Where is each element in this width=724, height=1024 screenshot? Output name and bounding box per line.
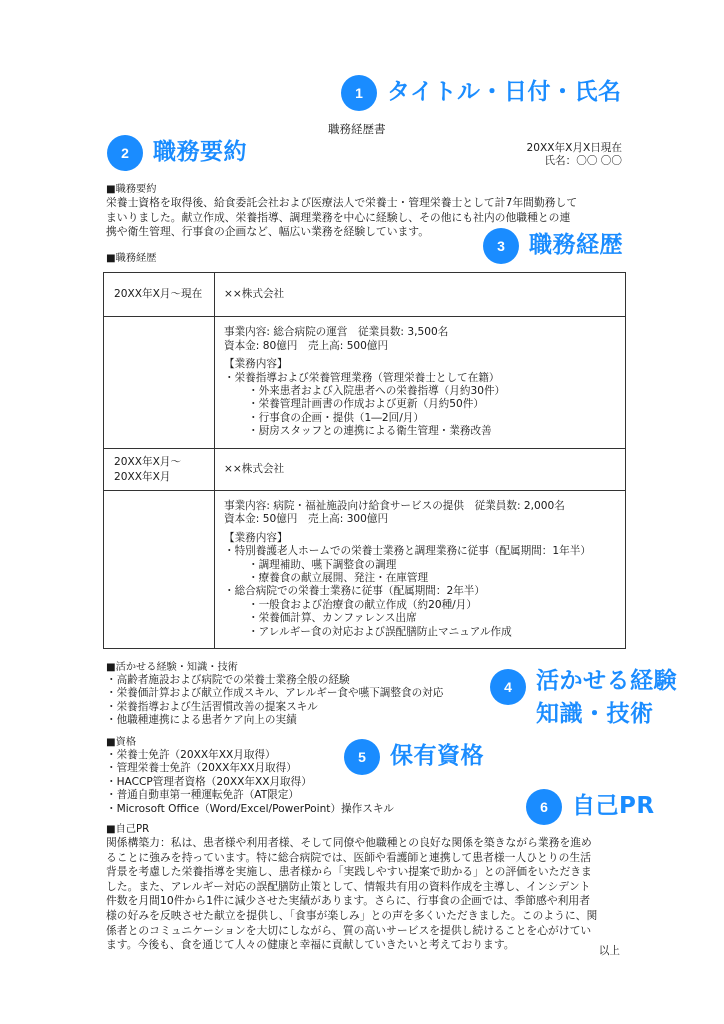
duties-heading: 【業務内容】: [224, 358, 625, 371]
closing-text: 以上: [599, 945, 620, 958]
number-badge-2: 2: [107, 135, 143, 171]
annotation-label-line2: 知識・技術: [536, 701, 677, 729]
company-cell: ××株式会社: [215, 273, 625, 316]
self-pr-line: した。また、アレルギー対応の誤配膳防止策として、情報共有用の資料作成を主導し、イ…: [106, 880, 597, 895]
duty-item: ・栄養指導および栄養管理業務（管理栄養士として在籍）: [224, 372, 625, 385]
capital-info: 資本金: 80億円 売上高: 500億円: [224, 340, 625, 353]
qualifications-section: ■資格 ・栄養士免許（20XX年XX月取得） ・管理栄養士免許（20XX年XX月…: [106, 736, 394, 816]
self-pr-line: 様の好みを反映させた献立を提供し、「食事が楽しみ」との声を多くいただきました。こ…: [106, 909, 597, 924]
qualification-item: ・栄養士免許（20XX年XX月取得）: [106, 749, 394, 762]
annotation-label: 自己PR: [572, 793, 655, 821]
annotation-label: タイトル・日付・氏名: [387, 79, 622, 107]
period-start: 20XX年X月〜: [114, 455, 181, 470]
job-summary-line: まいりました。献立作成、栄養指導、調理業務を中心に経験し、その他にも社内の他職種…: [106, 211, 577, 226]
duty-subitem: ・調理補助、嚥下調整食の調理: [224, 559, 625, 572]
annotation-1-title-date-name: 1 タイトル・日付・氏名: [341, 75, 622, 111]
self-pr-line: 関係構築力：私は、患者様や利用者様、そして同僚や他職種との良好な関係を築きながら…: [106, 836, 597, 851]
self-pr-line: ます。今後も、食を通じて人々の健康と幸福に貢献していきたいと考えております。: [106, 938, 597, 953]
duty-subitem: ・一般食および治療食の献立作成（約20種/月）: [224, 599, 625, 612]
document-title: 職務経歴書: [328, 121, 386, 137]
company-cell: ××株式会社: [215, 449, 625, 490]
number-badge-6: 6: [526, 789, 562, 825]
duty-item: ・特別養護老人ホームでの栄養士業務と調理業務に従事（配属期間：1年半）: [224, 545, 625, 558]
self-pr-section: ■自己PR 関係構築力：私は、患者様や利用者様、そして同僚や他職種との良好な関係…: [106, 823, 597, 953]
empty-cell: [104, 491, 215, 648]
self-pr-line: 背景を考慮した栄養指導を実施し、患者様から「実践しやすい提案で助かる」との評価を…: [106, 865, 597, 880]
qualifications-heading: ■資格: [106, 736, 394, 749]
table-row-company-2: 20XX年X月〜 20XX年X月 ××株式会社: [104, 448, 625, 490]
company-name: ××株式会社: [224, 288, 625, 301]
job-history-table: 20XX年X月〜現在 ××株式会社 事業内容: 総合病院の運営 従業員数: 3,…: [103, 272, 626, 649]
company-name: ××株式会社: [224, 463, 625, 476]
annotation-6-self-pr: 6 自己PR: [526, 789, 655, 825]
duty-subitem: ・栄養管理計画書の作成および更新（月約50件）: [224, 398, 625, 411]
annotation-2-job-summary: 2 職務要約: [107, 135, 247, 171]
qualification-item: ・普通自動車第一種運転免許（AT限定）: [106, 789, 394, 802]
self-pr-line: 件数を月間10件から1件に減少させた実績があります。さらに、行事食の企画では、季…: [106, 894, 597, 909]
job-summary-heading: ■職務要約: [106, 183, 577, 196]
job-history-heading: ■職務経歴: [106, 252, 156, 265]
job-summary-line: 栄養士資格を取得後、給食委託会社および医療法人で栄養士・管理栄養士として計7年間…: [106, 196, 577, 211]
document-date: 20XX年X月X日現在: [527, 142, 622, 155]
table-row-details-2: 事業内容: 病院・福祉施設向け給食サービスの提供 従業員数: 2,000名 資本…: [104, 490, 625, 648]
duty-item: ・総合病院での栄養士業務に従事（配属期間：2年半）: [224, 585, 625, 598]
qualification-item: ・Microsoft Office（Word/Excel/PowerPoint）…: [106, 803, 394, 816]
duty-subitem: ・アレルギー食の対応および誤配膳防止マニュアル作成: [224, 626, 625, 639]
annotation-4-skills: 4 活かせる経験 知識・技術: [490, 668, 677, 728]
business-info: 事業内容: 病院・福祉施設向け給食サービスの提供 従業員数: 2,000名: [224, 500, 625, 513]
self-pr-line: 係者とのコミュニケーションを大切にしながら、質の高いサービスを提供し続けることを…: [106, 924, 597, 939]
annotation-label: 職務要約: [153, 139, 247, 167]
annotation-label: 保有資格: [390, 743, 484, 771]
job-summary-section: ■職務要約 栄養士資格を取得後、給食委託会社および医療法人で栄養士・管理栄養士と…: [106, 183, 577, 240]
qualification-item: ・管理栄養士免許（20XX年XX月取得）: [106, 762, 394, 775]
skill-item: ・栄養価計算および献立作成スキル、アレルギー食や嚥下調整食の対応: [106, 687, 443, 700]
skill-item: ・栄養指導および生活習慣改善の提案スキル: [106, 701, 443, 714]
duty-subitem: ・療養食の献立展開、発注・在庫管理: [224, 572, 625, 585]
number-badge-4: 4: [490, 669, 526, 705]
skills-section: ■活かせる経験・知識・技術 ・高齢者施設および病院での栄養士業務全般の経験 ・栄…: [106, 661, 443, 728]
self-pr-line: ることに強みを持っています。特に総合病院では、医師や看護師と連携して患者様一人ひ…: [106, 851, 597, 866]
skill-item: ・高齢者施設および病院での栄養士業務全般の経験: [106, 674, 443, 687]
period-cell: 20XX年X月〜 20XX年X月: [104, 449, 215, 490]
skill-item: ・他職種連携による患者ケア向上の実績: [106, 714, 443, 727]
duty-subitem: ・厨房スタッフとの連携による衛生管理・業務改善: [224, 425, 625, 438]
job-summary-line: 携や衛生管理、行事食の企画など、幅広い業務を経験しています。: [106, 225, 577, 240]
skills-heading: ■活かせる経験・知識・技術: [106, 661, 443, 674]
number-badge-1: 1: [341, 75, 377, 111]
table-row-company-1: 20XX年X月〜現在 ××株式会社: [104, 273, 625, 316]
period-cell: 20XX年X月〜現在: [104, 273, 215, 316]
details-cell: 事業内容: 総合病院の運営 従業員数: 3,500名 資本金: 80億円 売上高…: [215, 317, 625, 448]
annotation-label-line1: 活かせる経験: [536, 668, 677, 696]
empty-cell: [104, 317, 215, 448]
duty-subitem: ・外来患者および入院患者への栄養指導（月約30件）: [224, 385, 625, 398]
table-row-details-1: 事業内容: 総合病院の運営 従業員数: 3,500名 資本金: 80億円 売上高…: [104, 316, 625, 448]
applicant-name: 氏名：〇〇 〇〇: [544, 155, 622, 168]
business-info: 事業内容: 総合病院の運営 従業員数: 3,500名: [224, 326, 625, 339]
capital-info: 資本金: 50億円 売上高: 300億円: [224, 513, 625, 526]
details-cell: 事業内容: 病院・福祉施設向け給食サービスの提供 従業員数: 2,000名 資本…: [215, 491, 625, 648]
qualification-item: ・HACCP管理者資格（20XX年XX月取得）: [106, 776, 394, 789]
self-pr-heading: ■自己PR: [106, 823, 597, 836]
duties-heading: 【業務内容】: [224, 532, 625, 545]
duty-subitem: ・栄養価計算、カンファレンス出席: [224, 612, 625, 625]
duty-subitem: ・行事食の企画・提供（1―2回/月）: [224, 412, 625, 425]
period-end: 20XX年X月: [114, 470, 170, 485]
